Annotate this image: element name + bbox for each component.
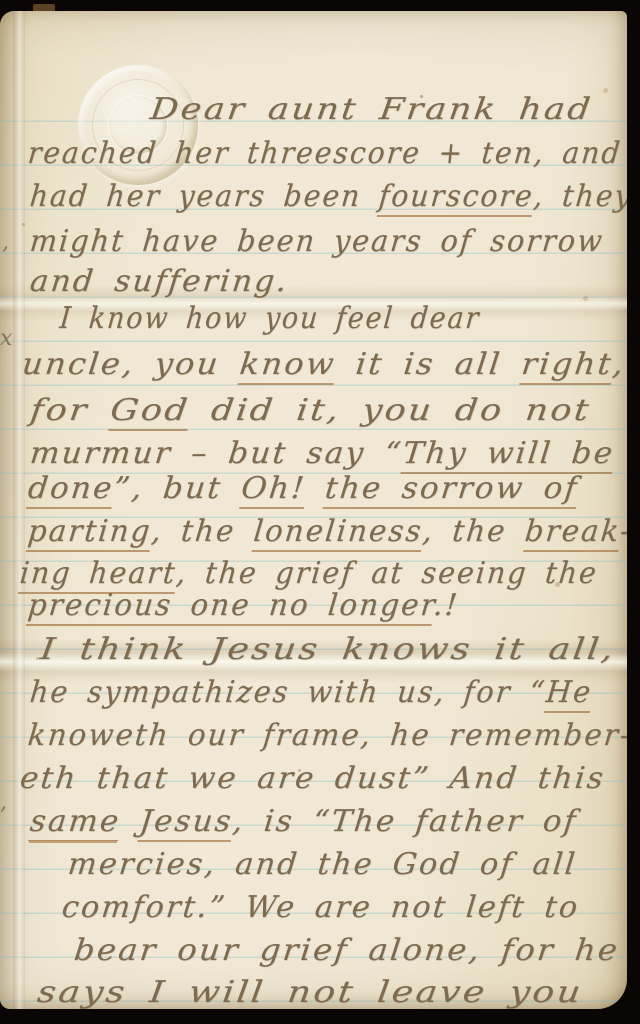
handwriting-line: he sympathizes with us, for “He (28, 674, 594, 712)
handwriting-line: bear our grief alone, for he (72, 932, 621, 970)
text-segment: , is “The father of (231, 804, 579, 839)
text-segment: ”, but (112, 471, 243, 506)
text-segment: comfort.” We are not left to (60, 890, 581, 925)
handwriting-line: done”, but Oh! the sorrow of (26, 470, 580, 508)
underlined-text: He (544, 675, 594, 713)
underlined-text: parting (26, 514, 153, 552)
text-segment: says I will not leave you (35, 975, 585, 1009)
underlined-text: same (28, 804, 122, 841)
handwriting-line: same Jesus, is “The father of (28, 803, 579, 841)
scanned-letter: Dear aunt Frank hadreached her threescor… (0, 0, 640, 1024)
handwriting-line: knoweth our frame, he remember- (26, 717, 627, 755)
handwriting-line: says I will not leave you (35, 974, 585, 1009)
margin-mark: , (0, 790, 7, 815)
text-segment: murmur – but say “ (28, 436, 404, 471)
underlined-text: done (26, 471, 116, 509)
handwriting-line: I know how you feel dear (58, 300, 482, 338)
handwriting-line: uncle, you know it is all right, (20, 346, 627, 384)
text-segment: , the (421, 514, 527, 549)
underlined-text: Thy will be (401, 436, 617, 474)
underlined-text: the sorrow of (323, 471, 580, 509)
text-segment: for (28, 393, 112, 428)
underlined-text: God (108, 393, 192, 431)
text-segment: it is all (334, 347, 524, 382)
underlined-text: fourscore (377, 179, 536, 217)
text-segment: mercies, and the God of all (66, 847, 578, 882)
text-segment: I know how you feel dear (58, 301, 482, 336)
text-segment: might have been years of sorrow (28, 224, 605, 259)
letter-page: Dear aunt Frank hadreached her threescor… (0, 11, 627, 1009)
underlined-text: Jesus (138, 804, 235, 842)
text-segment: bear our grief alone, for he (72, 933, 621, 968)
text-segment: uncle, you (20, 347, 242, 382)
foxing-spots (0, 11, 3, 14)
underlined-text: break (523, 514, 622, 552)
underlined-text: precious one no longer (26, 588, 435, 626)
text-segment: did it, you do not (187, 393, 593, 428)
text-segment: reached her threescore + ten, and (26, 136, 623, 171)
handwriting-line: I think Jesus knows it all, (38, 631, 618, 669)
handwriting-line: comfort.” We are not left to (60, 889, 581, 927)
margin-mark: , (2, 230, 9, 255)
handwriting-line: reached her threescore + ten, and (26, 135, 623, 173)
text-segment: had her years been (28, 179, 381, 214)
text-segment: Dear aunt Frank had (148, 92, 594, 127)
text-segment: knoweth our frame, he remember- (26, 718, 627, 753)
underlined-text: right (519, 347, 615, 385)
text-segment: eth that we are dust” And this (18, 761, 607, 796)
fold-crease-vertical (13, 11, 25, 1009)
handwriting-line: murmur – but say “Thy will be (28, 435, 616, 473)
text-segment: , the (150, 514, 256, 549)
text-segment: and suffering. (28, 264, 290, 299)
handwriting-line: might have been years of sorrow (28, 223, 606, 261)
handwriting-line: parting, the loneliness, the break- (26, 513, 627, 551)
underlined-text: know (237, 347, 337, 385)
handwriting-line: had her years been fourscore, they (28, 178, 627, 216)
text-segment: I think Jesus knows it all, (38, 632, 617, 667)
handwriting-line: and suffering. (28, 263, 291, 301)
handwriting-line: for God did it, you do not (28, 392, 593, 430)
text-segment: , the grief at seeing the (175, 556, 600, 591)
text-segment: he sympathizes with us, for “ (28, 675, 548, 710)
margin-mark: x (0, 326, 12, 351)
underlined-text: loneliness (252, 514, 425, 552)
handwriting-line: Dear aunt Frank had (148, 91, 595, 129)
text-segment: .! (432, 588, 461, 623)
handwriting-line: eth that we are dust” And this (18, 760, 607, 798)
text-segment: , (611, 347, 627, 382)
handwriting-line: mercies, and the God of all (66, 846, 579, 884)
underlined-text: Oh! (239, 471, 308, 509)
handwriting-line: precious one no longer.! (26, 587, 461, 625)
text-segment: , they (532, 179, 627, 214)
